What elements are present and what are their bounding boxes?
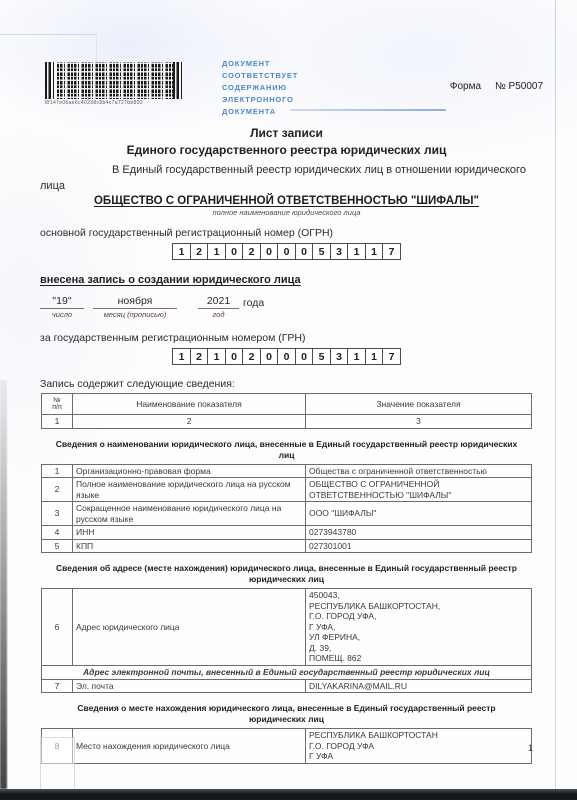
row-number: 4: [42, 526, 73, 540]
table-row: 3 Сокращенное наименование юридического …: [42, 502, 532, 526]
digit-cell: 5: [313, 243, 331, 260]
digit-cell: 1: [172, 243, 191, 260]
index-cell: 3: [306, 415, 532, 429]
digit-cell: 0: [296, 243, 314, 260]
stamp-line: СОДЕРЖАНИЮ ЭЛЕКТРОННОГО: [222, 82, 354, 106]
scan-edge-left: [0, 380, 7, 789]
row-value: 027301001: [306, 539, 532, 553]
digit-cell: 1: [348, 348, 366, 365]
section-title-naming: Сведения о наименовании юридического лиц…: [40, 439, 533, 461]
barcode-guard-right: [173, 62, 185, 99]
digit-cell: 0: [226, 348, 244, 365]
naming-info-table: 1 Организационно-правовая форма Общества…: [41, 464, 532, 554]
stamp-line: ДОКУМЕНТА: [222, 106, 354, 118]
row-name: КПП: [73, 539, 306, 553]
digit-cell: 3: [331, 243, 349, 260]
summary-table: № п/п Наименование показателя Значение п…: [41, 393, 532, 429]
table-row: 7 Эл. почта DILYAKARINA@MAIL.RU: [42, 679, 532, 693]
record-statement: внесена запись о создании юридического л…: [40, 274, 533, 286]
digit-cell: 1: [366, 348, 384, 365]
section-title-address: Сведения об адресе (месте нахождения) юр…: [40, 563, 533, 585]
summary-index-row: 123: [42, 415, 532, 429]
section-title-line: Сведения о месте нахождения юридического…: [40, 703, 533, 714]
intro-line-1: В Единый государственный реестр юридичес…: [40, 162, 533, 178]
section-title-line: Сведения о наименовании юридического лиц…: [40, 439, 533, 450]
index-cell: 2: [73, 415, 306, 429]
section-title-line: лиц: [40, 450, 533, 461]
intro-paragraph: В Единый государственный реестр юридичес…: [40, 162, 533, 194]
form-label: Форма: [450, 81, 481, 92]
date-captions: число месяц (прописью) год: [40, 310, 533, 319]
row-name: Полное наименование юридического лица на…: [73, 478, 306, 502]
digit-cell: 0: [226, 243, 244, 260]
row-name: Организационно-правовая форма: [73, 464, 306, 478]
digit-cell: 1: [208, 348, 226, 365]
address-info-table: 6 Адрес юридического лица 450043, РЕСПУБ…: [41, 588, 532, 693]
scan-edge-right: [555, 0, 556, 789]
row-number: 6: [42, 589, 73, 666]
ogrn-label: основной государственный регистрационный…: [40, 227, 533, 239]
section-title-line: юридических лиц: [40, 714, 533, 725]
form-number: Форма № Р50007: [450, 81, 543, 92]
row-number: 7: [42, 679, 73, 693]
page-title: Лист записи Единого государственного рее…: [40, 125, 533, 158]
scanned-document-page: 8f147e0bae6c40238c8b4c7a727bb892 ДОКУМЕН…: [0, 0, 577, 800]
digit-cell: 1: [172, 348, 191, 365]
table-row: 4 ИНН 0273943780: [42, 526, 532, 540]
row-value: 0273943780: [306, 526, 532, 540]
barcode-2d-icon: [45, 62, 185, 99]
table-row: 1 Организационно-правовая форма Общества…: [42, 464, 532, 478]
barcode-guard-left: [45, 62, 57, 99]
section-title-location: Сведения о месте нахождения юридического…: [40, 703, 533, 725]
table-row: 5 КПП 027301001: [42, 539, 532, 553]
row-name: ИНН: [73, 526, 306, 540]
row-value: 450043, РЕСПУБЛИКА БАШКОРТОСТАН, Г.О. ГО…: [306, 589, 532, 666]
date-month: ноября: [93, 295, 177, 309]
scan-edge-bottom: [0, 789, 577, 800]
digit-cell: 1: [208, 243, 226, 260]
row-name: Эл. почта: [73, 679, 306, 693]
scan-artifact-box: [40, 737, 75, 791]
digit-cell: 0: [278, 243, 296, 260]
section-title-line: юридических лиц: [40, 574, 533, 585]
form-number-value: № Р50007: [495, 81, 543, 92]
summary-caption: Запись содержит следующие сведения:: [40, 378, 533, 390]
digit-cell: 0: [261, 348, 279, 365]
intro-line-2: лица: [40, 178, 533, 194]
digit-cell: 2: [243, 243, 261, 260]
digit-cell: 1: [348, 243, 366, 260]
col-header-num: № п/п: [42, 394, 73, 415]
year-caption: год: [198, 310, 239, 319]
table-row: 2 Полное наименование юридического лица …: [42, 478, 532, 502]
page-number: 1: [528, 743, 533, 753]
row-value: DILYAKARINA@MAIL.RU: [306, 679, 532, 693]
stamp-line: ДОКУМЕНТ СООТВЕТСТВУЕТ: [222, 58, 354, 82]
digit-cell: 1: [366, 243, 384, 260]
col-header-value: Значение показателя: [306, 394, 532, 415]
location-info-table: 8 Место нахождения юридического лица РЕС…: [41, 728, 532, 764]
row-name: Место нахождения юридического лица: [73, 729, 306, 764]
digit-cell: 0: [278, 348, 296, 365]
barcode-block: 8f147e0bae6c40238c8b4c7a727bb892: [45, 62, 185, 106]
section-title-line: Сведения об адресе (месте нахождения) юр…: [40, 563, 533, 574]
date-day: "19": [40, 295, 84, 309]
digit-cell: 0: [261, 243, 279, 260]
document-header-band: 8f147e0bae6c40238c8b4c7a727bb892 ДОКУМЕН…: [40, 57, 533, 115]
grn-digit-boxes: 1210200053117: [40, 348, 533, 365]
barcode-noise: [57, 62, 173, 99]
digit-cell: 5: [313, 348, 331, 365]
month-caption: месяц (прописью): [93, 310, 177, 319]
digit-cell: 0: [296, 348, 314, 365]
document-content: 8f147e0bae6c40238c8b4c7a727bb892 ДОКУМЕН…: [40, 0, 533, 764]
digit-cell: 2: [191, 348, 209, 365]
row-number: 1: [42, 464, 73, 478]
row-name: Адрес юридического лица: [73, 589, 306, 666]
barcode-text: 8f147e0bae6c40238c8b4c7a727bb892: [45, 100, 185, 106]
company-name-caption: полное наименование юридического лица: [40, 208, 533, 217]
digit-cell: 7: [383, 348, 401, 365]
title-line-2: Единого государственного реестра юридиче…: [40, 142, 533, 159]
stamp-signature-line: [290, 109, 446, 111]
row-number: 3: [42, 502, 73, 526]
index-cell: 1: [42, 415, 73, 429]
row-name: Сокращенное наименование юридического ли…: [73, 502, 306, 526]
day-caption: число: [40, 310, 84, 319]
ogrn-digit-boxes: 1210200053117: [40, 243, 533, 260]
title-line-1: Лист записи: [40, 125, 533, 142]
email-subheader-row: Адрес электронной почты, внесенный в Еди…: [42, 665, 532, 679]
row-value: Общества с ограниченной ответственностью: [306, 464, 532, 478]
row-number: 2: [42, 478, 73, 502]
date-year-suffix: года: [243, 297, 264, 309]
row-value: ОБЩЕСТВО С ОГРАНИЧЕННОЙ ОТВЕТСТВЕННОСТЬЮ…: [306, 478, 532, 502]
col-header-name: Наименование показателя: [73, 394, 306, 415]
row-number: 5: [42, 539, 73, 553]
digit-cell: 2: [191, 243, 209, 260]
company-name: ОБЩЕСТВО С ОГРАНИЧЕННОЙ ОТВЕТСТВЕННОСТЬЮ…: [40, 195, 533, 207]
digit-cell: 2: [243, 348, 261, 365]
record-date: "19" ноября 2021 года: [40, 295, 533, 309]
grn-label: за государственным регистрационным номер…: [40, 332, 533, 344]
table-row: 6 Адрес юридического лица 450043, РЕСПУБ…: [42, 589, 532, 666]
date-year: 2021: [198, 295, 239, 309]
table-row: 8 Место нахождения юридического лица РЕС…: [42, 729, 532, 764]
summary-header-row: № п/п Наименование показателя Значение п…: [42, 394, 532, 415]
digit-cell: 7: [383, 243, 401, 260]
digit-cell: 3: [331, 348, 349, 365]
email-subheader: Адрес электронной почты, внесенный в Еди…: [42, 665, 532, 679]
row-value: РЕСПУБЛИКА БАШКОРТОСТАН Г.О. ГОРОД УФА Г…: [306, 729, 532, 764]
row-value: ООО "ШИФАЛЫ": [306, 502, 532, 526]
